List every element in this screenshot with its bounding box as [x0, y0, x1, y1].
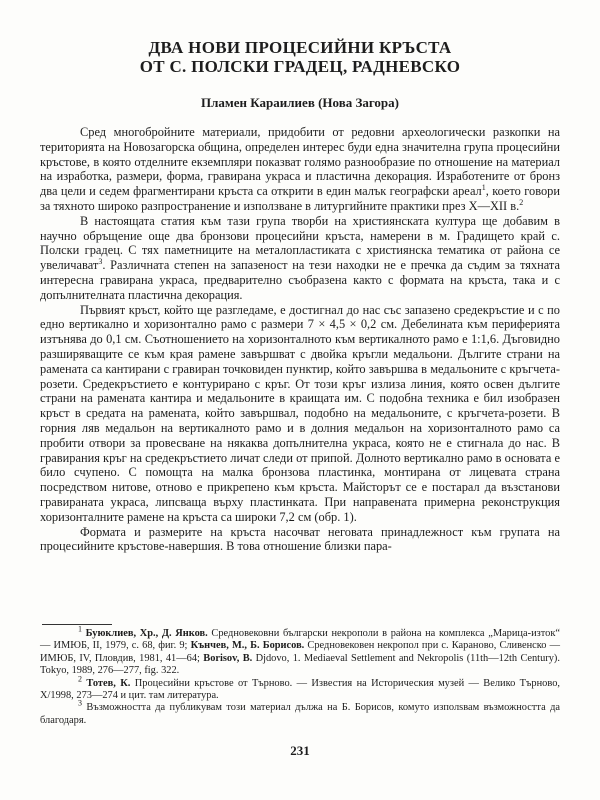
footnote-number: 1	[78, 625, 82, 634]
footnote-3: 3 Възможността да публикувам този матери…	[40, 702, 560, 727]
footnotes: 1 Буюклиев, Хр., Д. Янков. Средновековни…	[40, 628, 560, 727]
footnote-author: Кънчев, М., Б. Борисов.	[191, 640, 305, 651]
paragraph-text: . Различната степен на запазеност на тез…	[40, 258, 560, 302]
page-number: 231	[0, 743, 600, 759]
article-title-line-2: ОТ С. ПОЛСКИ ГРАДЕЦ, РАДНЕВСКО	[0, 57, 600, 76]
paragraph-3: Първият кръст, който ще разгледаме, е до…	[40, 303, 560, 525]
footnote-number: 3	[78, 699, 82, 708]
footnote-author: Borisov, B.	[203, 653, 252, 664]
paragraph-4: Формата и размерите на кръста насочват н…	[40, 525, 560, 555]
footnote-2: 2 Тотев, К. Процесийни кръстове от Търно…	[40, 678, 560, 703]
footnote-author: Буюклиев, Хр., Д. Янков.	[86, 628, 208, 639]
article-body: Сред многобройните материали, придобити …	[40, 125, 560, 554]
footnote-1: 1 Буюклиев, Хр., Д. Янков. Средновековни…	[40, 628, 560, 678]
author-byline: Пламен Караилиев (Нова Загора)	[0, 95, 600, 111]
footnote-number: 2	[78, 674, 82, 683]
paragraph-1: Сред многобройните материали, придобити …	[40, 125, 560, 214]
article-title-line-1: ДВА НОВИ ПРОЦЕСИЙНИ КРЪСТА	[0, 38, 600, 57]
footnote-ref-2[interactable]: 2	[519, 198, 523, 207]
footnote-text: Възможността да публикувам този материал…	[40, 702, 560, 725]
footnote-divider	[42, 624, 112, 625]
paragraph-2: В настоящата статия към тази група творб…	[40, 214, 560, 303]
footnote-author: Тотев, К.	[86, 678, 130, 689]
